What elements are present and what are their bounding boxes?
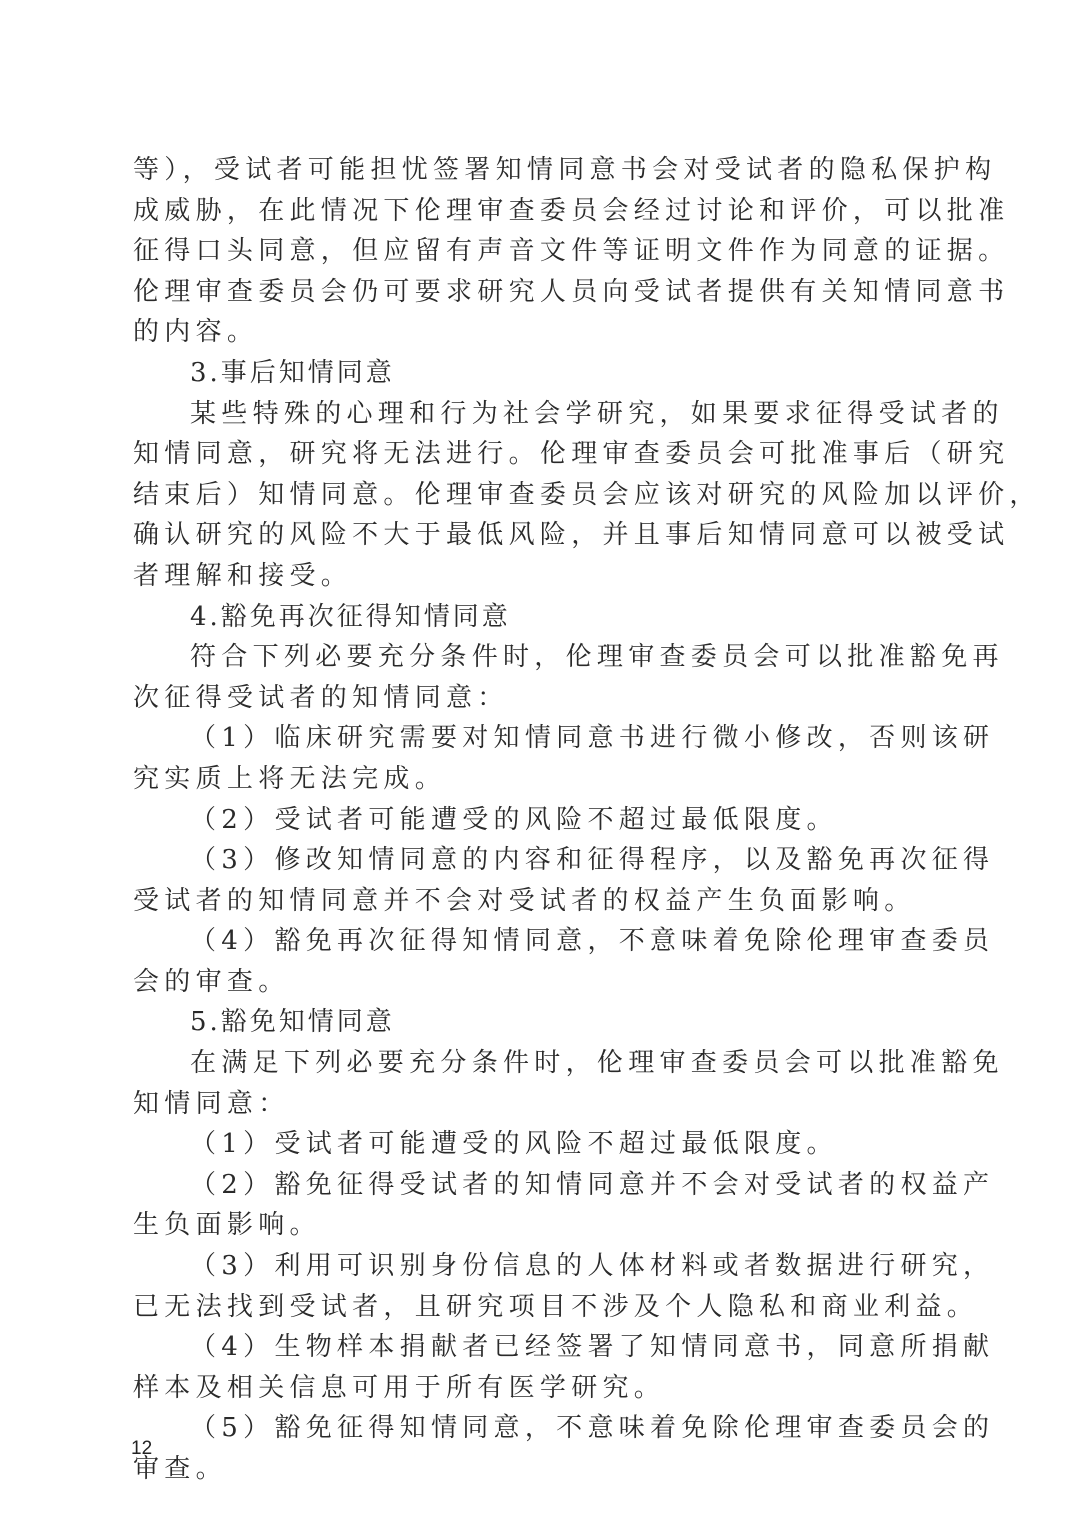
text-line: 某些特殊的心理和行为社会学研究，如果要求征得受试者的: [133, 394, 953, 435]
text-line: （2）受试者可能遭受的风险不超过最低限度。: [133, 800, 953, 841]
text-line: 会的审查。: [133, 962, 953, 1003]
page-number: 12: [131, 1438, 152, 1460]
text-line: 知情同意，研究将无法进行。伦理审查委员会可批准事后（研究: [133, 434, 953, 475]
text-line: （4）豁免再次征得知情同意，不意味着免除伦理审查委员: [133, 921, 953, 962]
section-heading: 4.豁免再次征得知情同意: [133, 597, 953, 638]
text-line: 符合下列必要充分条件时，伦理审查委员会可以批准豁免再: [133, 637, 953, 678]
text-line: 征得口头同意，但应留有声音文件等证明文件作为同意的证据。: [133, 231, 953, 272]
text-line: 究实质上将无法完成。: [133, 759, 953, 800]
text-line: 审查。: [133, 1449, 953, 1490]
text-line: 样本及相关信息可用于所有医学研究。: [133, 1368, 953, 1409]
text-line: （4）生物样本捐献者已经签署了知情同意书，同意所捐献: [133, 1327, 953, 1368]
text-line: （5）豁免征得知情同意，不意味着免除伦理审查委员会的: [133, 1408, 953, 1449]
text-line: 者理解和接受。: [133, 556, 953, 597]
text-line: 生负面影响。: [133, 1205, 953, 1246]
text-line: 知情同意：: [133, 1084, 953, 1125]
section-heading: 5.豁免知情同意: [133, 1002, 953, 1043]
text-line: 确认研究的风险不大于最低风险，并且事后知情同意可以被受试: [133, 515, 953, 556]
section-heading: 3.事后知情同意: [133, 353, 953, 394]
text-line: 在满足下列必要充分条件时，伦理审查委员会可以批准豁免: [133, 1043, 953, 1084]
text-line: 的内容。: [133, 312, 953, 353]
text-line: 受试者的知情同意并不会对受试者的权益产生负面影响。: [133, 881, 953, 922]
text-line: （1）受试者可能遭受的风险不超过最低限度。: [133, 1124, 953, 1165]
text-line: （1）临床研究需要对知情同意书进行微小修改，否则该研: [133, 718, 953, 759]
text-line: 次征得受试者的知情同意：: [133, 678, 953, 719]
text-line: （2）豁免征得受试者的知情同意并不会对受试者的权益产: [133, 1165, 953, 1206]
text-line: 伦理审查委员会仍可要求研究人员向受试者提供有关知情同意书: [133, 272, 953, 313]
text-line: 等），受试者可能担忧签署知情同意书会对受试者的隐私保护构: [133, 150, 953, 191]
text-line: 结束后）知情同意。伦理审查委员会应该对研究的风险加以评价，: [133, 475, 953, 516]
document-body: 等），受试者可能担忧签署知情同意书会对受试者的隐私保护构成威胁，在此情况下伦理审…: [133, 150, 953, 1490]
text-line: （3）利用可识别身份信息的人体材料或者数据进行研究，: [133, 1246, 953, 1287]
text-line: 成威胁，在此情况下伦理审查委员会经过讨论和评价，可以批准: [133, 191, 953, 232]
text-line: 已无法找到受试者，且研究项目不涉及个人隐私和商业利益。: [133, 1287, 953, 1328]
text-line: （3）修改知情同意的内容和征得程序，以及豁免再次征得: [133, 840, 953, 881]
